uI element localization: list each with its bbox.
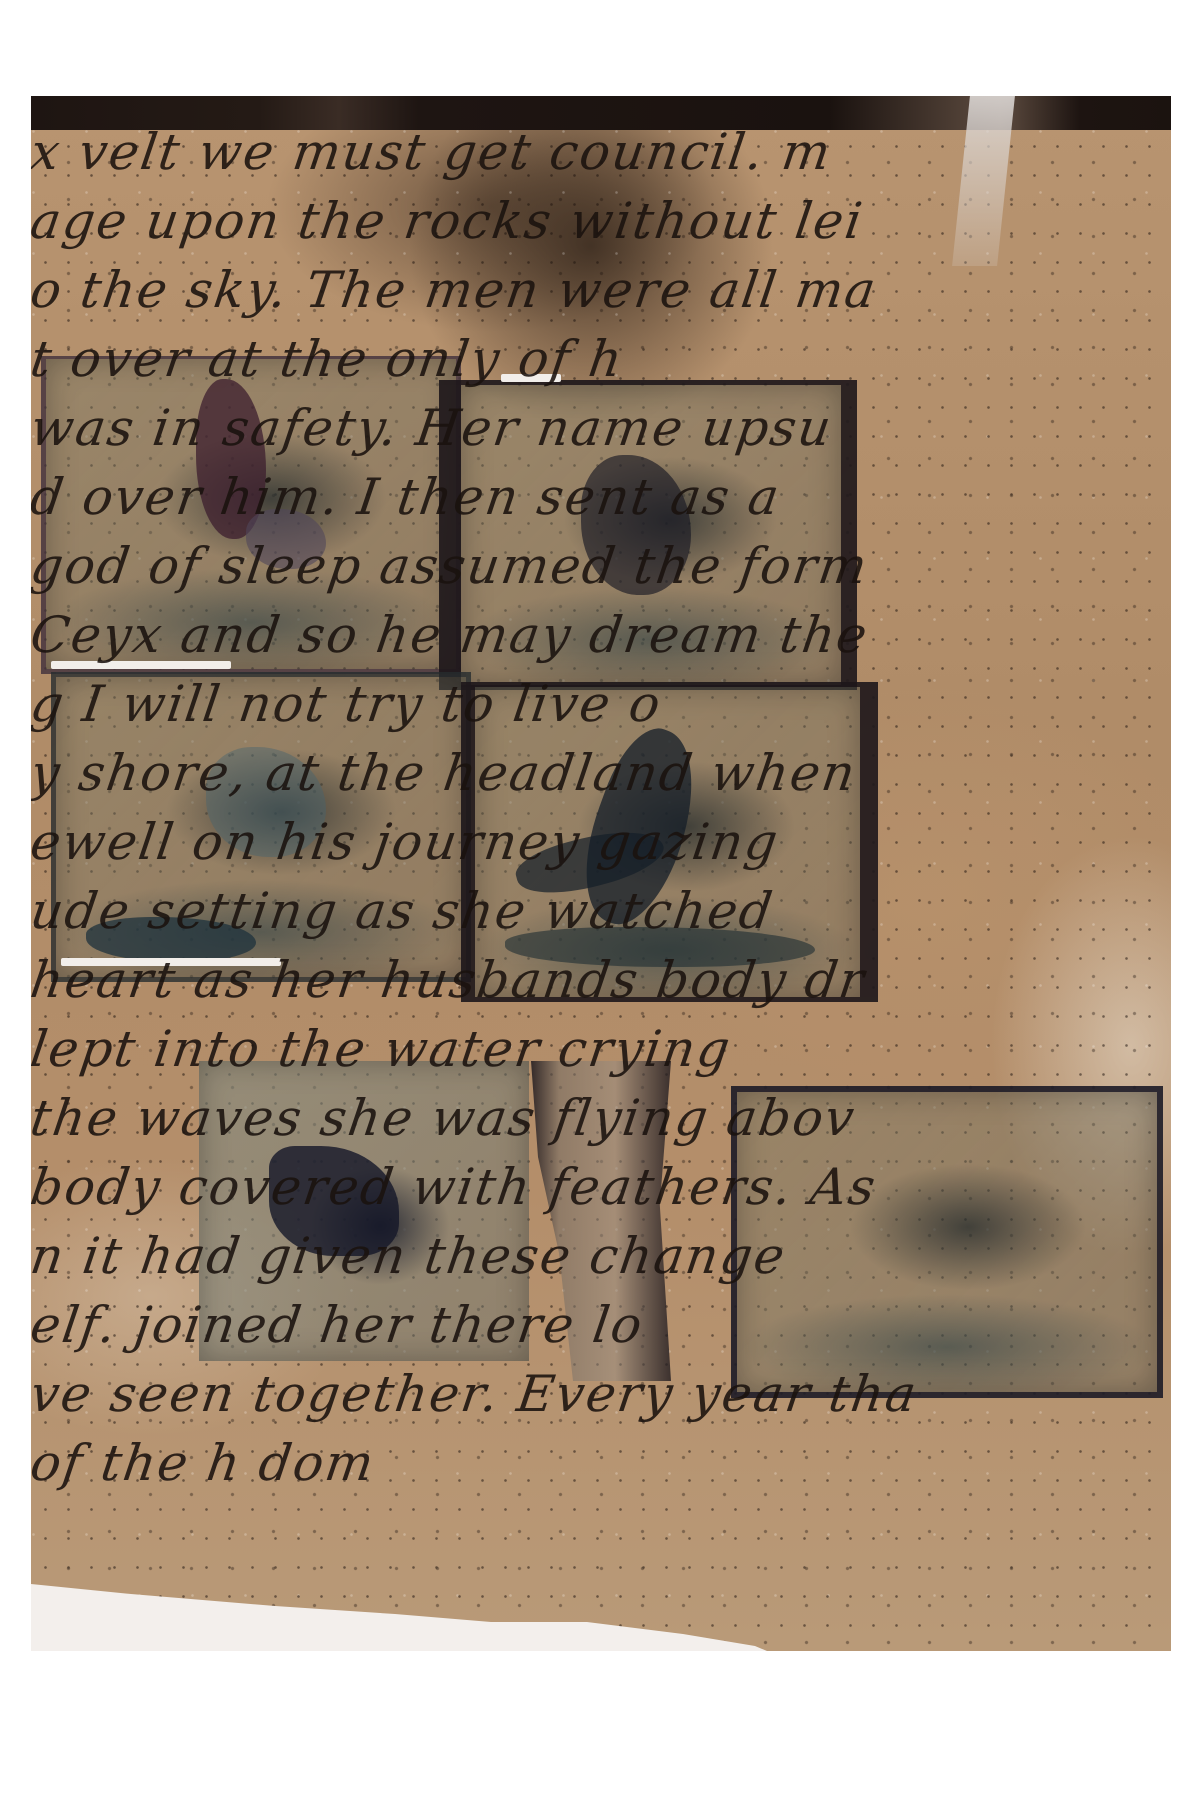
handwriting-line: elf. joined her there lo: [31, 1291, 1171, 1360]
handwriting-line: Ceyx and so he may dream the: [31, 601, 1171, 670]
handwriting-line: was in safety. Her name upsu: [31, 394, 1171, 463]
handwriting-line: lept into the water crying: [31, 1015, 1171, 1084]
handwriting-line: the waves she was flying abov: [31, 1084, 1171, 1153]
torn-paper-edge: [31, 1566, 1171, 1651]
handwritten-text: x velt we must get council. m age upon t…: [31, 118, 1171, 1498]
handwriting-line: ewell on his journey gazing: [31, 808, 1171, 877]
handwriting-line: n it had given these change: [31, 1222, 1171, 1291]
handwriting-line: t over at the only of h: [31, 325, 1171, 394]
handwriting-line: y shore, at the headland when: [31, 739, 1171, 808]
handwriting-line: o the sky. The men were all ma: [31, 256, 1171, 325]
artwork: x velt we must get council. m age upon t…: [31, 96, 1171, 1651]
handwriting-line: god of sleep assumed the form: [31, 532, 1171, 601]
handwriting-line: g I will not try to live o: [31, 670, 1171, 739]
handwriting-line: d over him. I then sent as a: [31, 463, 1171, 532]
handwriting-line: ve seen together. Every year tha: [31, 1360, 1171, 1429]
handwriting-line: of the h dom: [31, 1429, 1171, 1498]
handwriting-line: body covered with feathers. As: [31, 1153, 1171, 1222]
handwriting-line: heart as her husbands body dr: [31, 946, 1171, 1015]
handwriting-line: ude setting as she watched: [31, 877, 1171, 946]
